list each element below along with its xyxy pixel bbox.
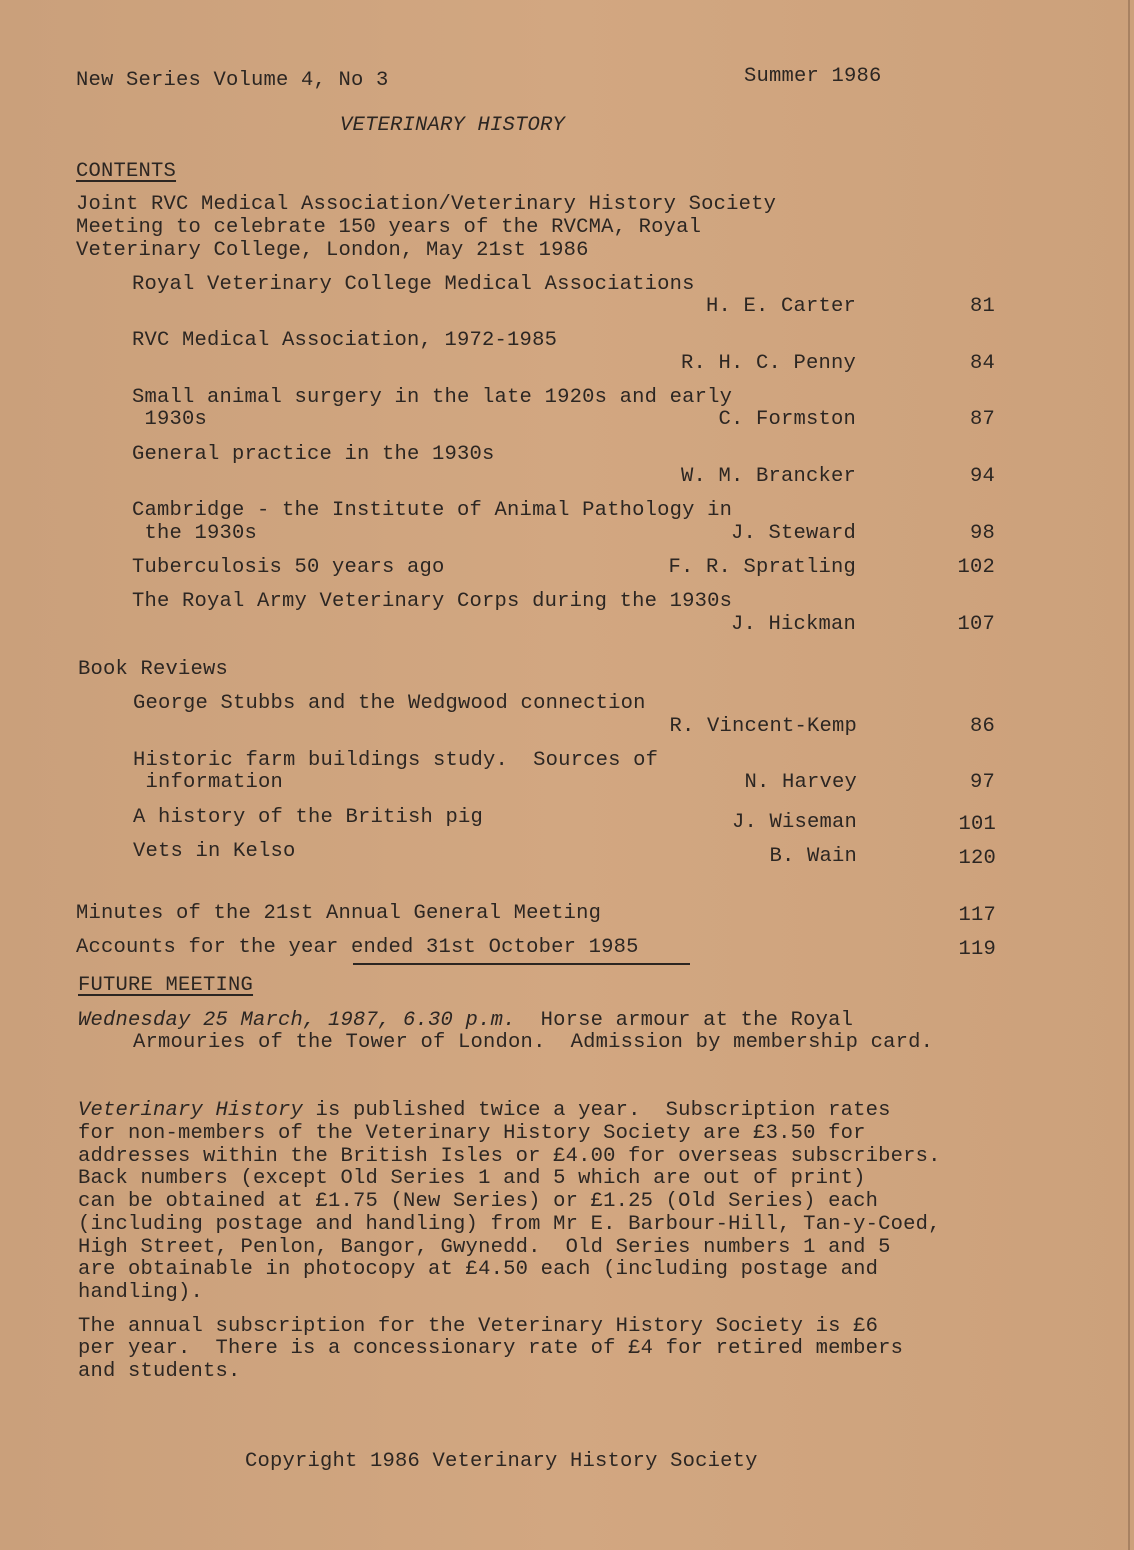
subscription-line: (including postage and handling) from Mr… [78,1214,941,1237]
review-page: 86 [970,716,995,739]
review-title: Historic farm buildings study. Sources o… [133,750,658,773]
article-page: 81 [970,296,995,319]
accounts-underline [353,963,690,965]
article-page: 87 [970,409,995,432]
article-author: W. M. Brancker [681,466,856,489]
review-title: Vets in Kelso [133,841,296,864]
subscription-line: Veterinary History is published twice a … [78,1100,891,1123]
future-meeting-line1: Wednesday 25 March, 1987, 6.30 p.m. Hors… [78,1010,853,1033]
accounts-page: 119 [958,939,996,962]
review-title-cont: information [133,772,283,795]
journal-name: Veterinary History [78,1099,303,1122]
review-author: B. Wain [769,846,857,869]
contents-intro-line: Joint RVC Medical Association/Veterinary… [76,194,776,217]
future-meeting-line2: Armouries of the Tower of London. Admiss… [133,1032,933,1055]
article-page: 102 [957,557,995,580]
journal-title: VETERINARY HISTORY [340,115,565,138]
article-author: H. E. Carter [706,296,856,319]
article-title-cont: 1930s [132,409,207,432]
article-page: 84 [970,353,995,376]
review-page: 120 [958,848,996,871]
article-title: General practice in the 1930s [132,444,495,467]
article-author: R. H. C. Penny [681,353,856,376]
review-author: J. Wiseman [732,812,857,835]
contents-intro-line: Meeting to celebrate 150 years of the RV… [76,217,701,240]
article-author: J. Steward [731,523,856,546]
minutes-title: Minutes of the 21st Annual General Meeti… [76,903,601,926]
accounts-title: Accounts for the year ended 31st October… [76,937,639,960]
contents-heading: CONTENTS [76,161,176,184]
article-author: F. R. Spratling [668,557,856,580]
article-title: Cambridge - the Institute of Animal Path… [132,500,732,523]
copyright-notice: Copyright 1986 Veterinary History Societ… [245,1451,758,1474]
book-reviews-heading: Book Reviews [78,659,228,682]
article-title: Royal Veterinary College Medical Associa… [132,274,695,297]
article-title-cont: the 1930s [132,523,257,546]
article-author: C. Formston [718,409,856,432]
subscription-line: can be obtained at £1.75 (New Series) or… [78,1191,878,1214]
review-page: 97 [970,772,995,795]
series-info: New Series Volume 4, No 3 [76,70,389,93]
subscription-line: for non-members of the Veterinary Histor… [78,1123,866,1146]
subscription-line: addresses within the British Isles or £4… [78,1146,941,1169]
membership-line: per year. There is a concessionary rate … [78,1338,903,1361]
subscription-line: are obtainable in photocopy at £4.50 eac… [78,1259,878,1282]
membership-line: and students. [78,1361,241,1384]
article-title: Tuberculosis 50 years ago [132,557,445,580]
article-page: 107 [957,614,995,637]
article-title: The Royal Army Veterinary Corps during t… [132,591,732,614]
meeting-date: Wednesday 25 March, 1987, 6.30 p.m. [78,1009,516,1032]
review-author: N. Harvey [744,772,857,795]
membership-line: The annual subscription for the Veterina… [78,1316,878,1339]
contents-intro-line: Veterinary College, London, May 21st 198… [76,240,589,263]
article-page: 98 [970,523,995,546]
review-title: George Stubbs and the Wedgwood connectio… [133,693,646,716]
article-title: RVC Medical Association, 1972-1985 [132,330,557,353]
article-title: Small animal surgery in the late 1920s a… [132,387,732,410]
review-author: R. Vincent-Kemp [669,716,857,739]
subscription-line: High Street, Penlon, Bangor, Gwynedd. Ol… [78,1237,891,1260]
article-author: J. Hickman [731,614,856,637]
meeting-description: Horse armour at the Royal [516,1009,854,1032]
subscription-line: handling). [78,1282,203,1305]
future-meeting-heading: FUTURE MEETING [78,975,253,998]
minutes-page: 117 [958,905,996,928]
review-title: A history of the British pig [133,807,483,830]
article-page: 94 [970,466,995,489]
issue-season: Summer 1986 [744,66,882,89]
page-edge [1128,0,1130,1550]
review-page: 101 [958,814,996,837]
subscription-text: is published twice a year. Subscription … [303,1099,891,1122]
subscription-line: Back numbers (except Old Series 1 and 5 … [78,1168,866,1191]
